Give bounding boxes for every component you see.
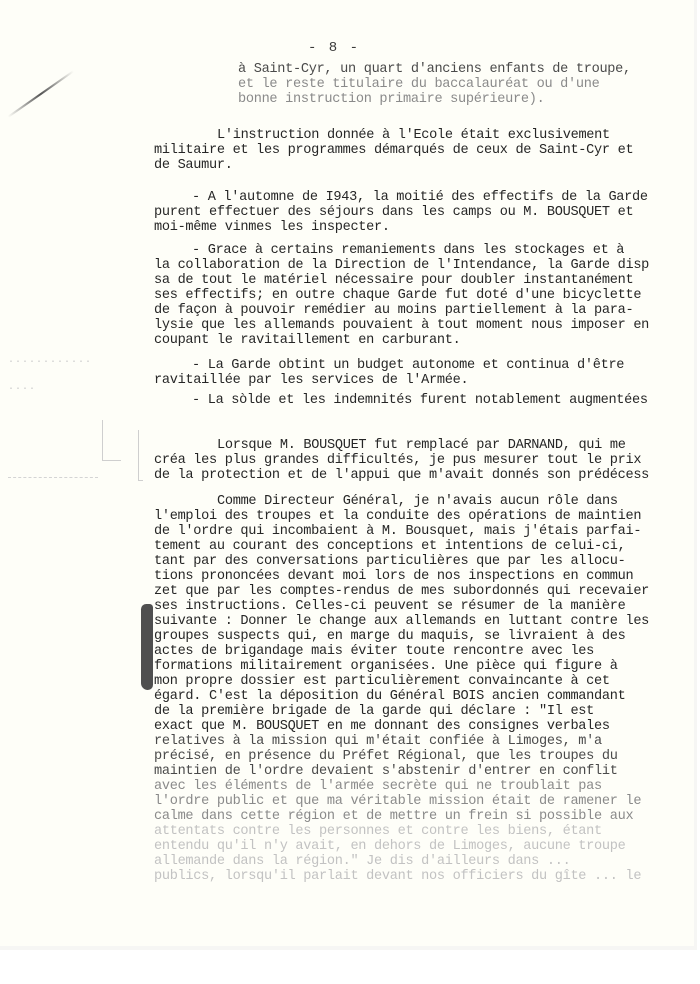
text-line: maintien de l'ordre devaient s'abstenir … [154,764,618,779]
text-line: sa de tout le matériel nécessaire pour d… [154,273,633,288]
text-line: actes de brigandage mais éviter toute re… [154,644,594,659]
text-line: Comme Directeur Général, je n'avais aucu… [217,494,618,509]
text-line: - Grace à certains remaniements dans les… [192,243,624,258]
text-line: Lorsque M. BOUSQUET fut remplacé par DAR… [217,438,626,453]
ink-smudge [141,604,153,690]
text-line: calme dans cette région et de mettre un … [154,809,633,824]
text-line: à Saint-Cyr, un quart d'anciens enfants … [238,62,631,77]
text-line: précisé, en présence du Préfet Régional,… [154,749,618,764]
text-line: tant par des conversations particulières… [154,554,625,569]
text-line: militaire et les programmes démarqués de… [154,143,633,158]
text-line: bonne instruction primaire supérieure). [238,92,544,107]
text-line: - La sòlde et les indemnités furent nota… [192,393,648,408]
text-line: lysie que les allemands pouvaient à tout… [154,318,649,333]
margin-scribble: .... [8,382,36,393]
text-line: groupes suspects qui, en marge du maquis… [154,629,625,644]
text-line: moi-même vinmes les inspecter. [154,220,390,235]
text-line: la collaboration de la Direction de l'In… [154,258,649,273]
text-line: tement au courant des conceptions et int… [154,539,625,554]
text-line: tions prononcées devant moi lors de nos … [154,569,633,584]
text-line: - A l'automne de I943, la moitié des eff… [192,190,648,205]
text-line: de façon à pouvoir remédier au moins par… [154,303,633,318]
text-line: de la protection et de l'appui que m'ava… [154,468,649,483]
document-page: - 8 - ............ .... à Saint-Cyr, un … [0,0,697,950]
text-line: l'ordre public et que ma véritable missi… [154,794,641,809]
text-line: égard. C'est la déposition du Général BO… [154,689,625,704]
pencil-mark [102,420,121,461]
margin-rule [8,477,98,478]
text-line: allemande dans la région." Je dis d'aill… [154,854,570,869]
text-line: ravitaillée par les services de l'Armée. [154,373,468,388]
text-line: de l'ordre qui incombaient à M. Bousquet… [154,524,641,539]
text-line: ses instructions. Celles-ci peuvent se r… [154,599,625,614]
text-line: entendu qu'il n'y avait, en dehors de Li… [154,839,625,854]
text-line: publics, lorsqu'il parlait devant nos of… [154,869,641,884]
text-line: formations militairement organisées. Une… [154,659,618,674]
text-line: relatives à la mission qui m'était confi… [154,734,602,749]
pencil-mark [138,430,143,481]
text-line: - La Garde obtint un budget autonome et … [192,358,624,373]
text-line: purent effectuer des séjours dans les ca… [154,205,633,220]
text-line: zet que par les comptes-rendus de mes su… [154,584,649,599]
text-line: suivante : Donner le change aux allemand… [154,614,649,629]
text-line: avec les éléments de l'armée secrète qui… [154,779,602,794]
text-line: L'instruction donnée à l'Ecole était exc… [217,128,610,143]
text-line: de la première brigade de la garde qui d… [154,704,594,719]
text-line: ses effectifs; en outre chaque Garde fut… [154,288,641,303]
page-number: - 8 - [308,40,360,56]
text-line: coupant le ravitaillement en carburant. [154,333,460,348]
text-line: de Saumur. [154,158,233,173]
text-line: attentats contre les personnes et contre… [154,824,602,839]
text-line: exact que M. BOUSQUET en me donnant des … [154,719,610,734]
text-line: créa les plus grandes difficultés, je pu… [154,453,641,468]
text-line: mon propre dossier est particulièrement … [154,674,610,689]
text-line: l'emploi des troupes et la conduite des … [154,509,641,524]
text-line: et le reste titulaire du baccalauréat ou… [238,77,599,92]
margin-scribble: ............ [8,355,92,366]
pen-stroke-mark [7,70,74,118]
